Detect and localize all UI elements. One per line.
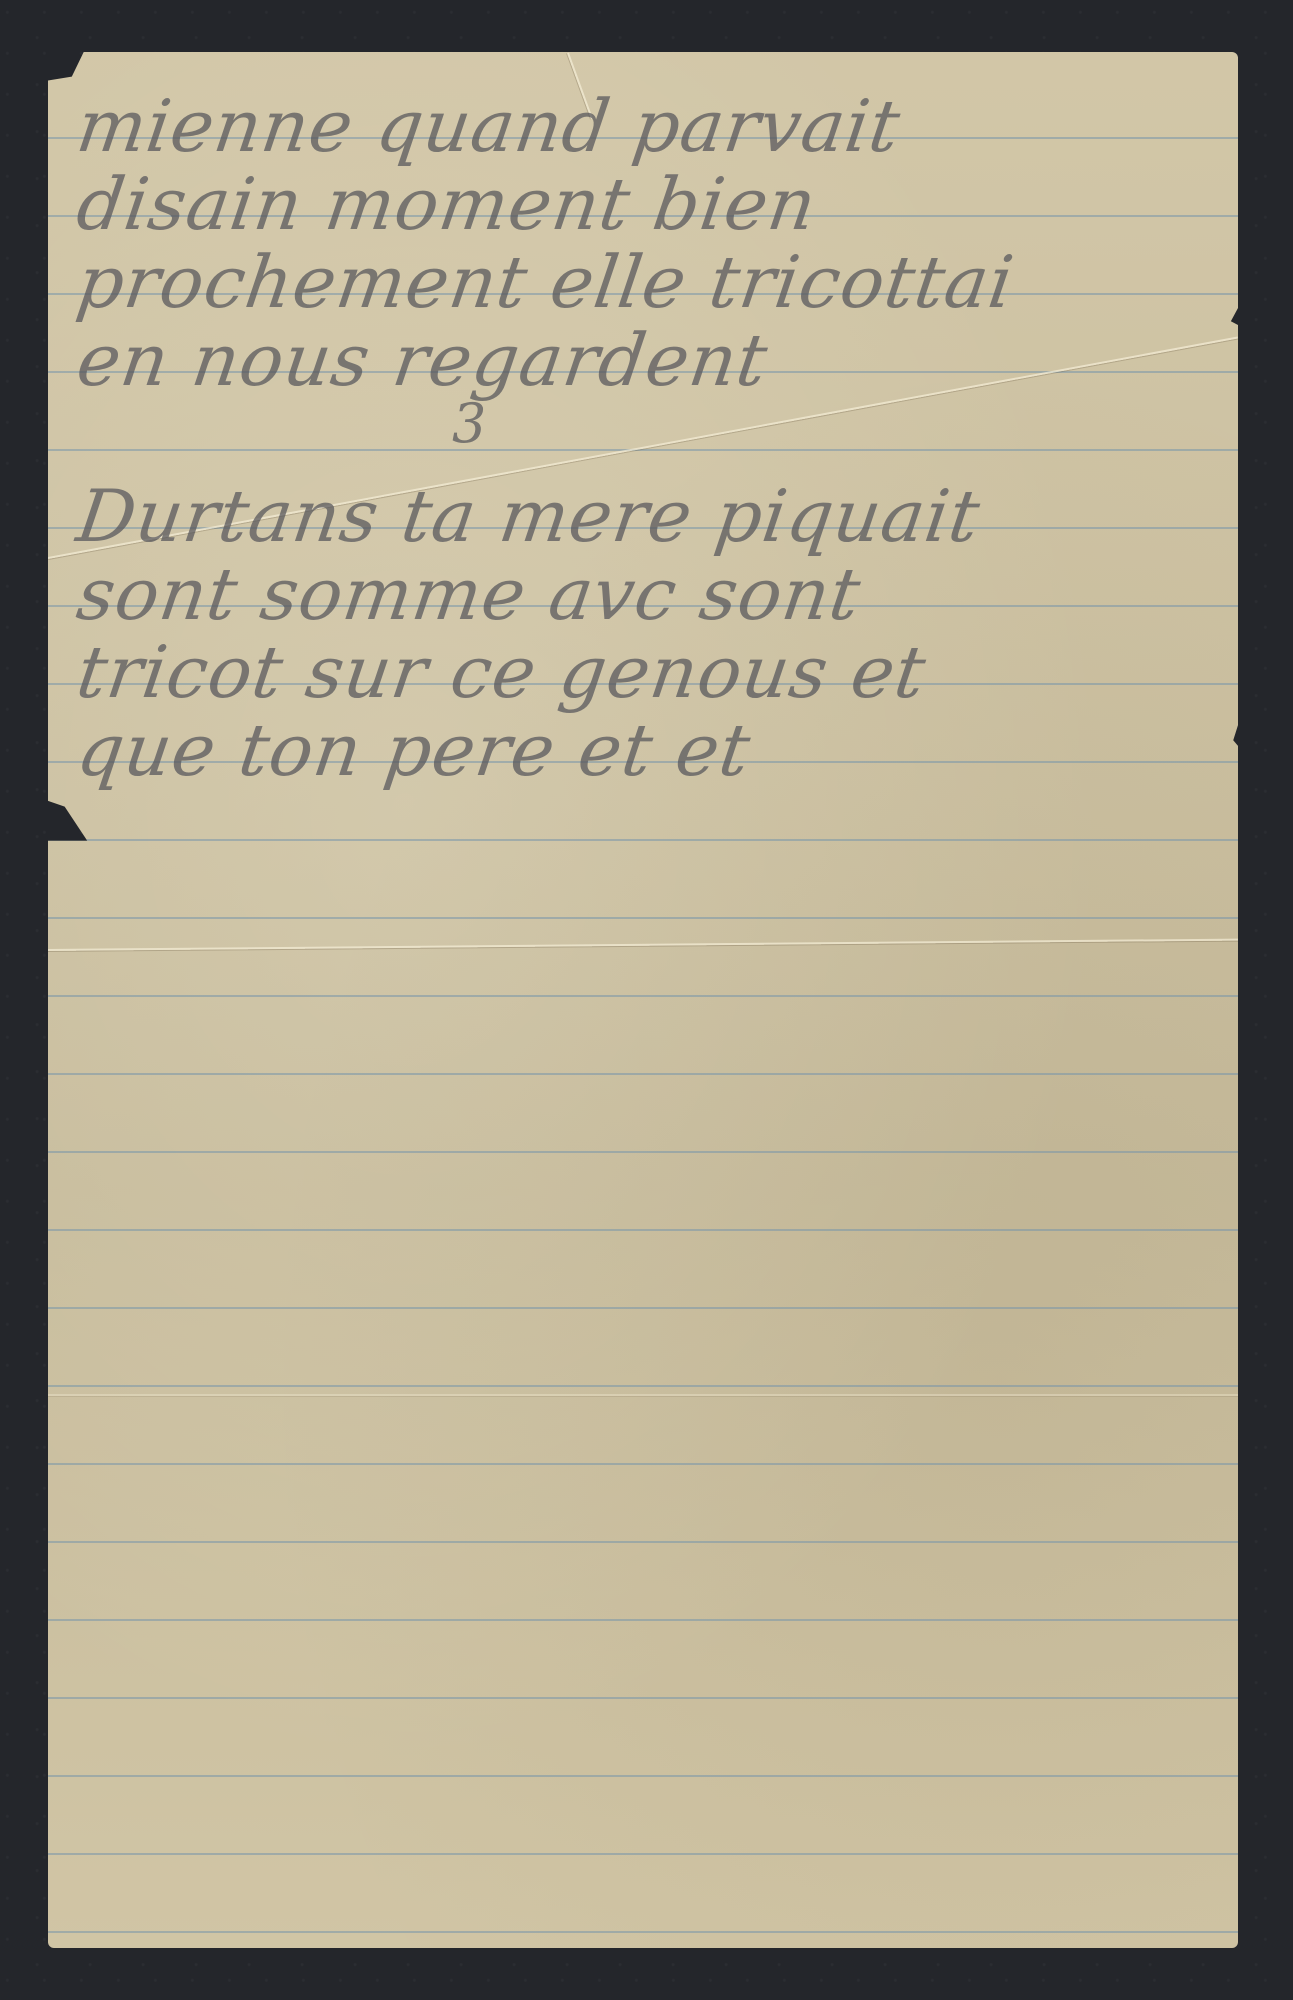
ruled-line xyxy=(48,1307,1238,1309)
page-number: 3 xyxy=(452,392,486,455)
paper-crease xyxy=(48,1394,1238,1396)
handwritten-line: prochement elle tricottai xyxy=(72,240,1019,324)
handwritten-line: que ton pere et et xyxy=(72,708,756,792)
ruled-line xyxy=(48,1775,1238,1777)
ruled-line xyxy=(48,839,1238,841)
ruled-line xyxy=(48,1853,1238,1855)
ruled-line xyxy=(48,917,1238,919)
ruled-line xyxy=(48,1151,1238,1153)
handwritten-line: tricot sur ce genous et xyxy=(72,630,931,714)
ruled-line xyxy=(48,1073,1238,1075)
handwritten-line: sont somme avc sont xyxy=(72,552,866,636)
handwritten-line: disain moment bien xyxy=(72,162,822,246)
ruled-line xyxy=(48,1229,1238,1231)
ruled-line xyxy=(48,1931,1238,1933)
ruled-line xyxy=(48,449,1238,451)
ruled-line xyxy=(48,1541,1238,1543)
ruled-line xyxy=(48,1619,1238,1621)
ruled-line xyxy=(48,1385,1238,1387)
handwritten-line: en nous regardent xyxy=(72,318,773,402)
ruled-line xyxy=(48,1697,1238,1699)
ruled-line xyxy=(48,995,1238,997)
ruled-line xyxy=(48,1463,1238,1465)
handwritten-line: mienne quand parvait xyxy=(72,84,906,168)
handwritten-line: Durtans ta mere piquait xyxy=(72,474,985,558)
paper-crease xyxy=(48,939,1238,951)
